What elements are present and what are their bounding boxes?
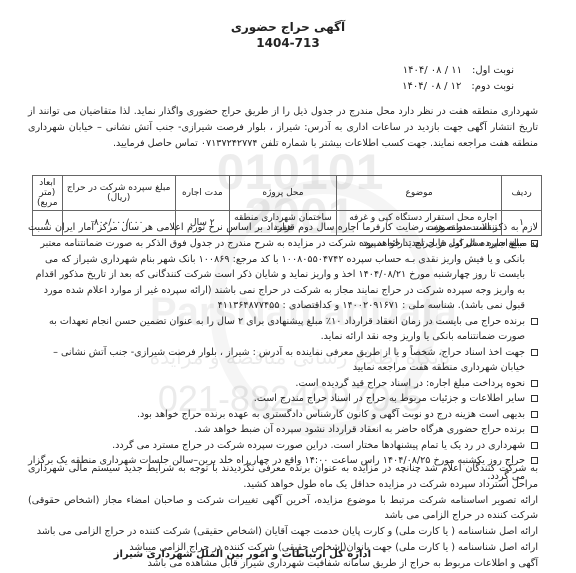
list-item: سایر اطلاعات و جزئیات مربوط به حراج در ا… bbox=[28, 391, 538, 407]
intro-paragraph: شهرداری منطقه هفت در نظر دارد محل مندرج … bbox=[28, 104, 538, 152]
list-item-text: نحوه پرداخت مبلغ اجاره: در اسناد حراج قی… bbox=[295, 378, 525, 389]
col-header-deposit-amount: مبلغ سپرده شرکت در حراج (ریال) bbox=[62, 176, 175, 211]
conditions-list: مبلغ سپرده شرکت در حراج : ارائه سپرده شر… bbox=[28, 236, 538, 484]
col-header-dimensions: ابعاد (متر مربع) bbox=[33, 176, 63, 211]
list-item: جهت اخذ اسناد حراج، شخصاً و یا از طریق م… bbox=[28, 345, 538, 376]
checkbox-bullet-icon bbox=[531, 240, 538, 247]
checkbox-bullet-icon bbox=[531, 349, 538, 356]
auction-notice-page: 010101 2001 ParsNamadData پایگاه اطلاع ر… bbox=[0, 0, 576, 573]
list-item-text: جهت اخذ اسناد حراج، شخصاً و یا از طریق م… bbox=[53, 347, 525, 374]
date-row-second: نوبت دوم: ۱۴۰۴/ ۰۸ / ۱۲ bbox=[402, 79, 514, 95]
list-item: مبلغ سپرده شرکت در حراج : ارائه سپرده شر… bbox=[28, 236, 538, 314]
col-header-location: محل پروژه bbox=[229, 176, 336, 211]
list-item-text: برنده حراج حضوری هرگاه حاضر به انعقاد قر… bbox=[194, 424, 525, 435]
notice-title: آگهی حراج حضوری bbox=[0, 20, 576, 34]
col-header-row-number: ردیف bbox=[502, 176, 542, 211]
list-item: شهرداری در رد یک یا تمام پیشنهادها مختار… bbox=[28, 438, 538, 454]
list-item-text: بدیهی است هزینه درج دو نوبت آگهی و کانون… bbox=[137, 409, 525, 420]
date-label: نوبت اول: bbox=[472, 63, 514, 79]
checkbox-bullet-icon bbox=[531, 426, 538, 433]
date-value: ۱۴۰۴/ ۰۸ / ۱۱ bbox=[403, 63, 462, 79]
list-item-text: برنده حراج می بایست در زمان انعقاد قرارد… bbox=[49, 316, 525, 343]
list-item: بدیهی است هزینه درج دو نوبت آگهی و کانون… bbox=[28, 407, 538, 423]
checkbox-bullet-icon bbox=[531, 395, 538, 402]
date-value: ۱۴۰۴/ ۰۸ / ۱۲ bbox=[402, 79, 461, 95]
col-header-subject: موضوع bbox=[337, 176, 502, 211]
date-row-first: نوبت اول: ۱۴۰۴/ ۰۸ / ۱۱ bbox=[402, 63, 514, 79]
closing-note-refund: به شرکت کنندگان اعلام شد چنانچه در مزاید… bbox=[28, 461, 538, 493]
closing-note-men-docs: ارائه اصل شناسنامه ( یا کارت ملی) و کارت… bbox=[28, 524, 538, 540]
closing-note-company-docs: ارائه تصویر اساسنامه شرکت مرتبط با موضوع… bbox=[28, 493, 538, 525]
list-item: نحوه پرداخت مبلغ اجاره: در اسناد حراج قی… bbox=[28, 376, 538, 392]
notice-code: 1404-713 bbox=[0, 36, 576, 50]
checkbox-bullet-icon bbox=[531, 318, 538, 325]
date-label: نوبت دوم: bbox=[471, 79, 514, 95]
col-header-lease-duration: مدت اجاره bbox=[175, 176, 229, 211]
issuer-signature: اداره کل ارتباطات و امور بین الملل شهردا… bbox=[114, 549, 371, 560]
list-item: برنده حراج حضوری هرگاه حاضر به انعقاد قر… bbox=[28, 422, 538, 438]
checkbox-bullet-icon bbox=[531, 411, 538, 418]
list-item: برنده حراج می بایست در زمان انعقاد قرارد… bbox=[28, 314, 538, 345]
table-header-row: ردیف موضوع محل پروژه مدت اجاره مبلغ سپرد… bbox=[33, 176, 542, 211]
list-item-text: سایر اطلاعات و جزئیات مربوط به حراج در ا… bbox=[254, 393, 525, 404]
publication-dates: نوبت اول: ۱۴۰۴/ ۰۸ / ۱۱ نوبت دوم: ۱۴۰۴/ … bbox=[402, 63, 514, 95]
checkbox-bullet-icon bbox=[531, 380, 538, 387]
list-item-text: شهرداری در رد یک یا تمام پیشنهادها مختار… bbox=[112, 440, 525, 451]
checkbox-bullet-icon bbox=[531, 442, 538, 449]
list-item-text: مبلغ سپرده شرکت در حراج : ارائه سپرده شر… bbox=[36, 238, 525, 311]
